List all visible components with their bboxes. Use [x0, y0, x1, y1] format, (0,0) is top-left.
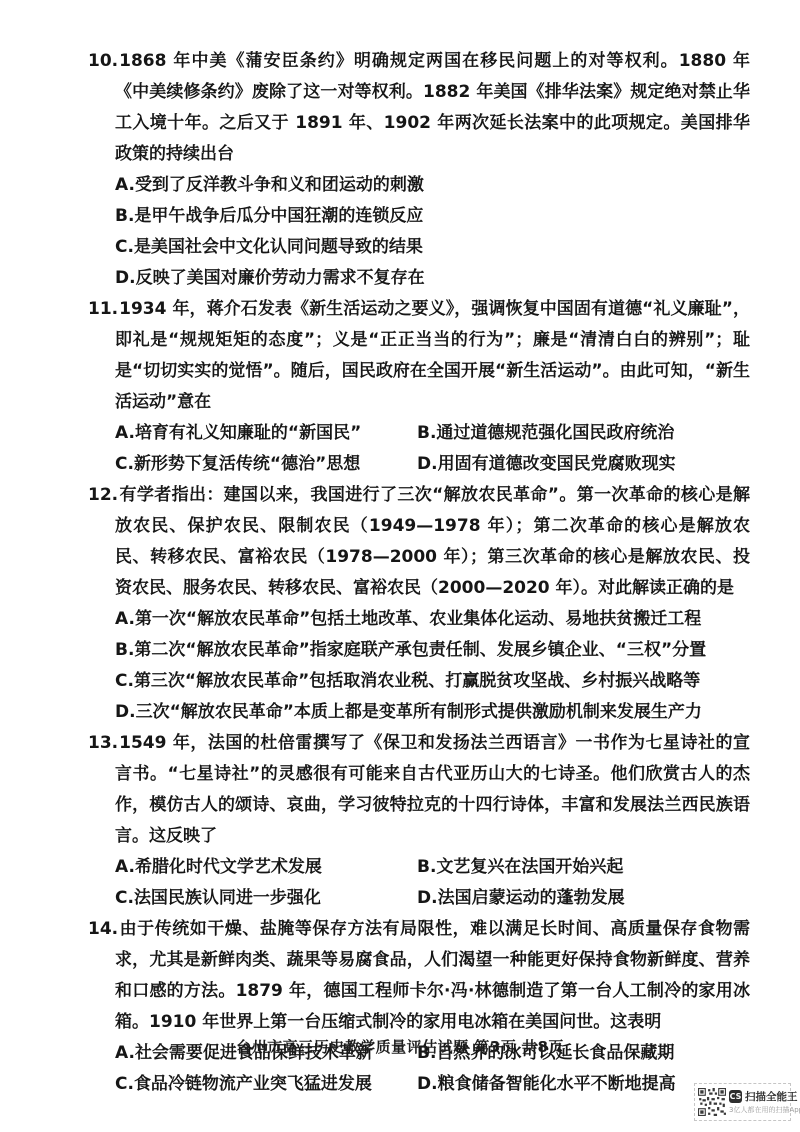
option-text: 食品冷链物流产业突飞猛进发展 — [134, 1074, 372, 1094]
option-text: 第二次“解放农民革命”指家庭联产承包责任制、发展乡镇企业、“三权”分置 — [134, 640, 706, 660]
option: D.法国启蒙运动的蓬勃发展 — [417, 883, 750, 914]
option: C.法国民族认同进一步强化 — [115, 883, 417, 914]
option-text: 是美国社会中文化认同问题导致的结果 — [134, 237, 423, 257]
watermark-tagline: 3亿人都在用的扫描App — [729, 1105, 787, 1115]
option-label: C. — [115, 454, 134, 474]
question-number: 12. — [88, 485, 119, 505]
option-text: 文艺复兴在法国开始兴起 — [436, 857, 623, 877]
options-list: A.受到了反洋教斗争和义和团运动的刺激 B.是甲午战争后瓜分中国狂潮的连锁反应 … — [88, 170, 750, 294]
option-label: C. — [115, 237, 134, 257]
question-number: 14. — [88, 919, 119, 939]
options-list: A.第一次“解放农民革命”包括土地改革、农业集体化运动、易地扶贫搬迁工程 B.第… — [88, 604, 750, 728]
question-12: 12.有学者指出：建国以来，我国进行了三次“解放农民革命”。第一次革命的核心是解… — [88, 480, 750, 728]
question-stem: 10.1868 年中美《蒲安臣条约》明确规定两国在移民问题上的对等权利。1880… — [88, 46, 750, 170]
question-11: 11.1934 年，蒋介石发表《新生活运动之要义》，强调恢复中国固有道德“礼义廉… — [88, 294, 750, 480]
option-text: 是甲午战争后瓜分中国狂潮的连锁反应 — [134, 206, 423, 226]
option-label: D. — [417, 1074, 438, 1094]
option-label: A. — [115, 857, 135, 877]
option-label: B. — [417, 857, 436, 877]
question-number: 10. — [88, 51, 119, 71]
option: D.三次“解放农民革命”本质上都是变革所有制形式提供激励机制来发展生产力 — [115, 697, 750, 728]
option-text: 用固有道德改变国民党腐败现实 — [438, 454, 676, 474]
option: A.培育有礼义知廉耻的“新国民” — [115, 418, 417, 449]
option-label: C. — [115, 671, 134, 691]
option-label: A. — [115, 609, 135, 629]
option: B.通过道德规范强化国民政府统治 — [417, 418, 750, 449]
option-text: 第三次“解放农民革命”包括取消农业税、打赢脱贫攻坚战、乡村振兴战略等 — [134, 671, 700, 691]
option-label: C. — [115, 888, 134, 908]
watermark-text-block: CS 扫描全能王 3亿人都在用的扫描App — [729, 1089, 787, 1115]
option: B.是甲午战争后瓜分中国狂潮的连锁反应 — [115, 201, 750, 232]
option-text: 反映了美国对廉价劳动力需求不复存在 — [136, 268, 425, 288]
option-text: 新形势下复活传统“德治”思想 — [134, 454, 360, 474]
page-footer: 台州市高三历史教学质量评估试题 第3页 共8页 — [0, 1036, 800, 1057]
option-label: C. — [115, 1074, 134, 1094]
option: B.文艺复兴在法国开始兴起 — [417, 852, 750, 883]
option: C.新形势下复活传统“德治”思想 — [115, 449, 417, 480]
option-label: B. — [417, 423, 436, 443]
watermark-app-name: 扫描全能王 — [745, 1089, 798, 1104]
option-label: D. — [115, 702, 136, 722]
option-text: 法国启蒙运动的蓬勃发展 — [438, 888, 625, 908]
option: C.食品冷链物流产业突飞猛进发展 — [115, 1069, 417, 1100]
question-stem: 12.有学者指出：建国以来，我国进行了三次“解放农民革命”。第一次革命的核心是解… — [88, 480, 750, 604]
camscanner-watermark: CS 扫描全能王 3亿人都在用的扫描App — [694, 1083, 791, 1121]
option-label: A. — [115, 175, 135, 195]
option-text: 粮食储备智能化水平不断地提高 — [438, 1074, 676, 1094]
option-label: D. — [417, 888, 438, 908]
question-stem: 14.由于传统如干燥、盐腌等保存方法有局限性，难以满足长时间、高质量保存食物需求… — [88, 914, 750, 1038]
question-stem-text: 1868 年中美《蒲安臣条约》明确规定两国在移民问题上的对等权利。1880 年《… — [115, 51, 750, 164]
option-label: A. — [115, 423, 135, 443]
question-stem-text: 由于传统如干燥、盐腌等保存方法有局限性，难以满足长时间、高质量保存食物需求，尤其… — [115, 919, 750, 1032]
option-label: D. — [115, 268, 136, 288]
exam-page-content: 10.1868 年中美《蒲安臣条约》明确规定两国在移民问题上的对等权利。1880… — [88, 46, 750, 1100]
question-number: 13. — [88, 733, 119, 753]
option-label: B. — [115, 206, 134, 226]
question-stem-text: 有学者指出：建国以来，我国进行了三次“解放农民革命”。第一次革命的核心是解放农民… — [115, 485, 750, 598]
option: C.是美国社会中文化认同问题导致的结果 — [115, 232, 750, 263]
question-13: 13.1549 年，法国的杜倍雷撰写了《保卫和发扬法兰西语言》一书作为七星诗社的… — [88, 728, 750, 914]
option-text: 第一次“解放农民革命”包括土地改革、农业集体化运动、易地扶贫搬迁工程 — [135, 609, 701, 629]
option-text: 希腊化时代文学艺术发展 — [135, 857, 322, 877]
option: B.第二次“解放农民革命”指家庭联产承包责任制、发展乡镇企业、“三权”分置 — [115, 635, 750, 666]
question-stem-text: 1549 年，法国的杜倍雷撰写了《保卫和发扬法兰西语言》一书作为七星诗社的宣言书… — [115, 733, 750, 846]
question-number: 11. — [88, 299, 119, 319]
camscanner-logo-icon: CS — [729, 1090, 742, 1103]
option: A.受到了反洋教斗争和义和团运动的刺激 — [115, 170, 750, 201]
option: C.第三次“解放农民革命”包括取消农业税、打赢脱贫攻坚战、乡村振兴战略等 — [115, 666, 750, 697]
option-text: 通过道德规范强化国民政府统治 — [436, 423, 674, 443]
question-stem: 13.1549 年，法国的杜倍雷撰写了《保卫和发扬法兰西语言》一书作为七星诗社的… — [88, 728, 750, 852]
option-text: 受到了反洋教斗争和义和团运动的刺激 — [135, 175, 424, 195]
option: A.第一次“解放农民革命”包括土地改革、农业集体化运动、易地扶贫搬迁工程 — [115, 604, 750, 635]
options-list: A.培育有礼义知廉耻的“新国民” B.通过道德规范强化国民政府统治 C.新形势下… — [88, 418, 750, 480]
option: D.用固有道德改变国民党腐败现实 — [417, 449, 750, 480]
question-stem-text: 1934 年，蒋介石发表《新生活运动之要义》，强调恢复中国固有道德“礼义廉耻”，… — [115, 299, 750, 412]
options-list: A.希腊化时代文学艺术发展 B.文艺复兴在法国开始兴起 C.法国民族认同进一步强… — [88, 852, 750, 914]
question-stem: 11.1934 年，蒋介石发表《新生活运动之要义》，强调恢复中国固有道德“礼义廉… — [88, 294, 750, 418]
option-label: D. — [417, 454, 438, 474]
option: D.反映了美国对廉价劳动力需求不复存在 — [115, 263, 750, 294]
option-label: B. — [115, 640, 134, 660]
question-10: 10.1868 年中美《蒲安臣条约》明确规定两国在移民问题上的对等权利。1880… — [88, 46, 750, 294]
option-text: 三次“解放农民革命”本质上都是变革所有制形式提供激励机制来发展生产力 — [136, 702, 702, 722]
option-text: 法国民族认同进一步强化 — [134, 888, 321, 908]
qr-code-icon — [698, 1088, 726, 1116]
option-text: 培育有礼义知廉耻的“新国民” — [135, 423, 361, 443]
question-14: 14.由于传统如干燥、盐腌等保存方法有局限性，难以满足长时间、高质量保存食物需求… — [88, 914, 750, 1100]
option: A.希腊化时代文学艺术发展 — [115, 852, 417, 883]
